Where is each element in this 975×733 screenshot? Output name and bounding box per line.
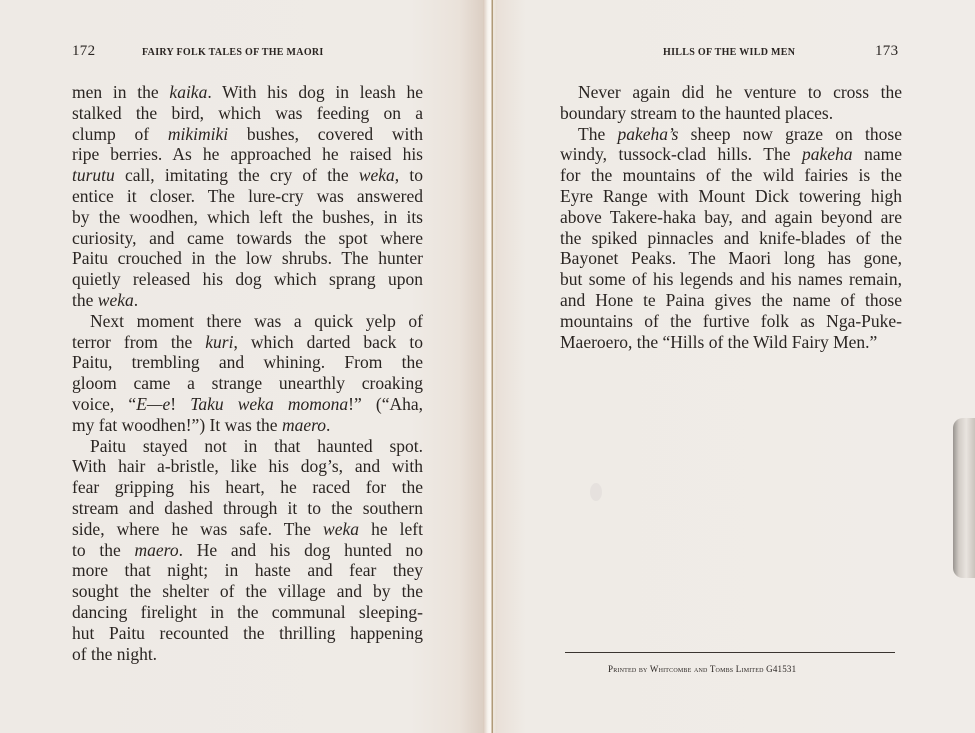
page-tab-marker [953,418,975,578]
text-run: to the [72,540,135,560]
text-run: Maeroero, the “Hills of the Wild Fairy M… [560,332,877,352]
text-line: With hair a-bristle, like his dog’s, and… [72,456,423,477]
text-line: more that night; in haste and fear they [72,560,423,581]
text-line: entice it closer. The lure-cry was answe… [72,186,423,207]
text-run: boundary stream to the haunted places. [560,103,833,123]
text-run: curiosity, and came towards the spot whe… [72,228,423,248]
text-line: of the night. [72,644,423,665]
text-run: With hair a-bristle, like his dog’s, and… [72,456,423,476]
italic-term: pakeha’s [617,124,678,144]
text-line: Eyre Range with Mount Dick towering high [560,186,902,207]
text-run: side, where he was safe. The [72,519,323,539]
text-run: entice it closer. The lure-cry was answe… [72,186,423,206]
text-line: Paitu stayed not in that haunted spot. [72,436,423,457]
text-line: Paitu crouched in the low shrubs. The hu… [72,248,423,269]
text-run: quietly released his dog which sprang up… [72,269,423,289]
text-run: bushes, covered with [228,124,423,144]
text-line: windy, tussock-clad hills. The pakeha na… [560,144,902,165]
left-head-title: FAIRY FOLK TALES OF THE MAORI [142,47,324,58]
text-run: my fat woodhen!”) It was the [72,415,282,435]
text-line: voice, “E—e! Taku weka momona!” (“Aha, [72,394,423,415]
text-line: to the maero. He and his dog hunted no [72,540,423,561]
text-run: The [578,124,617,144]
text-run: for the mountains of the wild fairies is… [560,165,902,185]
text-run: and Hone te Paina gives the name of thos… [560,290,902,310]
text-run: hut Paitu recounted the thrilling happen… [72,623,423,643]
right-page-number: 173 [875,43,898,60]
italic-term: weka [359,165,395,185]
text-line: terror from the kuri, which darted back … [72,332,423,353]
text-line: hut Paitu recounted the thrilling happen… [72,623,423,644]
right-head-title: HILLS OF THE WILD MEN [663,47,795,58]
text-run: by the woodhen, which left the bushes, i… [72,207,423,227]
text-line: mountains of the furtive folk as Nga-Puk… [560,311,902,332]
text-run: call, imitating the cry of the [115,165,359,185]
text-run: Paitu crouched in the low shrubs. The hu… [72,248,423,268]
text-run: mountains of the furtive folk as Nga-Puk… [560,311,902,331]
printer-colophon: Printed by Whitcombe and Tombs Limited G… [608,664,796,674]
text-line: above Takere-haka bay, and again beyond … [560,207,902,228]
text-line: turutu call, imitating the cry of the we… [72,165,423,186]
text-line: sought the shelter of the village and by… [72,581,423,602]
text-run: dancing firelight in the communal sleepi… [72,602,423,622]
text-run: stream and dashed through it to the sout… [72,498,423,518]
italic-term: pakeha [802,144,853,164]
text-run: . With his dog in leash he [207,82,423,102]
text-run: ripe berries. As he approached he raised… [72,144,423,164]
text-run: . [326,415,330,435]
text-run: of the night. [72,644,157,664]
text-line: side, where he was safe. The weka he lef… [72,519,423,540]
text-run: , which darted back to [233,332,423,352]
text-run: sought the shelter of the village and by… [72,581,423,601]
text-run: name [853,144,902,164]
paper-smudge [590,483,602,501]
text-run: he left [359,519,423,539]
right-body-text: Never again did he venture to cross theb… [560,82,902,352]
text-run: fear gripping his heart, he raced for th… [72,477,423,497]
text-run: sheep now graze on those [678,124,902,144]
text-line: the spiked pinnacles and knife-blades of… [560,228,902,249]
text-run: more that night; in haste and fear they [72,560,423,580]
text-line: for the mountains of the wild fairies is… [560,165,902,186]
text-run: Next moment there was a quick yelp of [90,311,423,331]
text-line: Maeroero, the “Hills of the Wild Fairy M… [560,332,902,353]
text-run: the spiked pinnacles and knife-blades of… [560,228,902,248]
colophon-rule [565,652,895,653]
text-run: Bayonet Peaks. The Maori long has gone, [560,248,902,268]
text-line: The pakeha’s sheep now graze on those [560,124,902,145]
text-line: Never again did he venture to cross the [560,82,902,103]
text-line: stalked the bird, which was feeding on a [72,103,423,124]
text-run: . He and his dog hunted no [179,540,423,560]
text-run: . [134,290,138,310]
text-run: but some of his legends and his names re… [560,269,902,289]
text-run: voice, “ [72,394,136,414]
text-line: and Hone te Paina gives the name of thos… [560,290,902,311]
text-run: stalked the bird, which was feeding on a [72,103,423,123]
text-line: dancing firelight in the communal sleepi… [72,602,423,623]
left-body-text: men in the kaika. With his dog in leash … [72,82,423,664]
left-page-number: 172 [72,43,95,60]
text-line: ripe berries. As he approached he raised… [72,144,423,165]
right-running-head: HILLS OF THE WILD MEN 173 [540,45,905,65]
italic-term: E—e [136,394,170,414]
italic-term: weka [323,519,359,539]
text-line: boundary stream to the haunted places. [560,103,902,124]
text-run: , to [395,165,423,185]
text-line: but some of his legends and his names re… [560,269,902,290]
text-run: ! [170,394,190,414]
italic-term: kaika [169,82,207,102]
text-run: windy, tussock-clad hills. The [560,144,802,164]
text-run: terror from the [72,332,205,352]
text-run: !” (“Aha, [348,394,423,414]
book-gutter [483,0,497,733]
text-line: clump of mikimiki bushes, covered with [72,124,423,145]
italic-term: mikimiki [168,124,228,144]
text-line: Paitu, trembling and whining. From the [72,352,423,373]
book-spread: 172 FAIRY FOLK TALES OF THE MAORI HILLS … [0,0,975,733]
text-line: fear gripping his heart, he raced for th… [72,477,423,498]
text-run: Paitu, trembling and whining. From the [72,352,423,372]
italic-term: Taku weka momona [190,394,348,414]
italic-term: maero [282,415,326,435]
text-line: by the woodhen, which left the bushes, i… [72,207,423,228]
italic-term: turutu [72,165,115,185]
italic-term: weka [98,290,134,310]
left-running-head: 172 FAIRY FOLK TALES OF THE MAORI [72,45,432,65]
text-line: the weka. [72,290,423,311]
text-run: the [72,290,98,310]
text-run: Never again did he venture to cross the [578,82,902,102]
text-line: Next moment there was a quick yelp of [72,311,423,332]
text-run: Paitu stayed not in that haunted spot. [90,436,423,456]
text-line: gloom came a strange unearthly croaking [72,373,423,394]
italic-term: maero [135,540,179,560]
text-run: clump of [72,124,168,144]
text-line: men in the kaika. With his dog in leash … [72,82,423,103]
text-line: curiosity, and came towards the spot whe… [72,228,423,249]
text-line: stream and dashed through it to the sout… [72,498,423,519]
text-line: my fat woodhen!”) It was the maero. [72,415,423,436]
text-line: Bayonet Peaks. The Maori long has gone, [560,248,902,269]
italic-term: kuri [205,332,233,352]
text-run: Eyre Range with Mount Dick towering high [560,186,902,206]
gutter-fold-line [492,0,493,733]
text-run: gloom came a strange unearthly croaking [72,373,423,393]
text-run: men in the [72,82,169,102]
text-run: above Takere-haka bay, and again beyond … [560,207,902,227]
text-line: quietly released his dog which sprang up… [72,269,423,290]
